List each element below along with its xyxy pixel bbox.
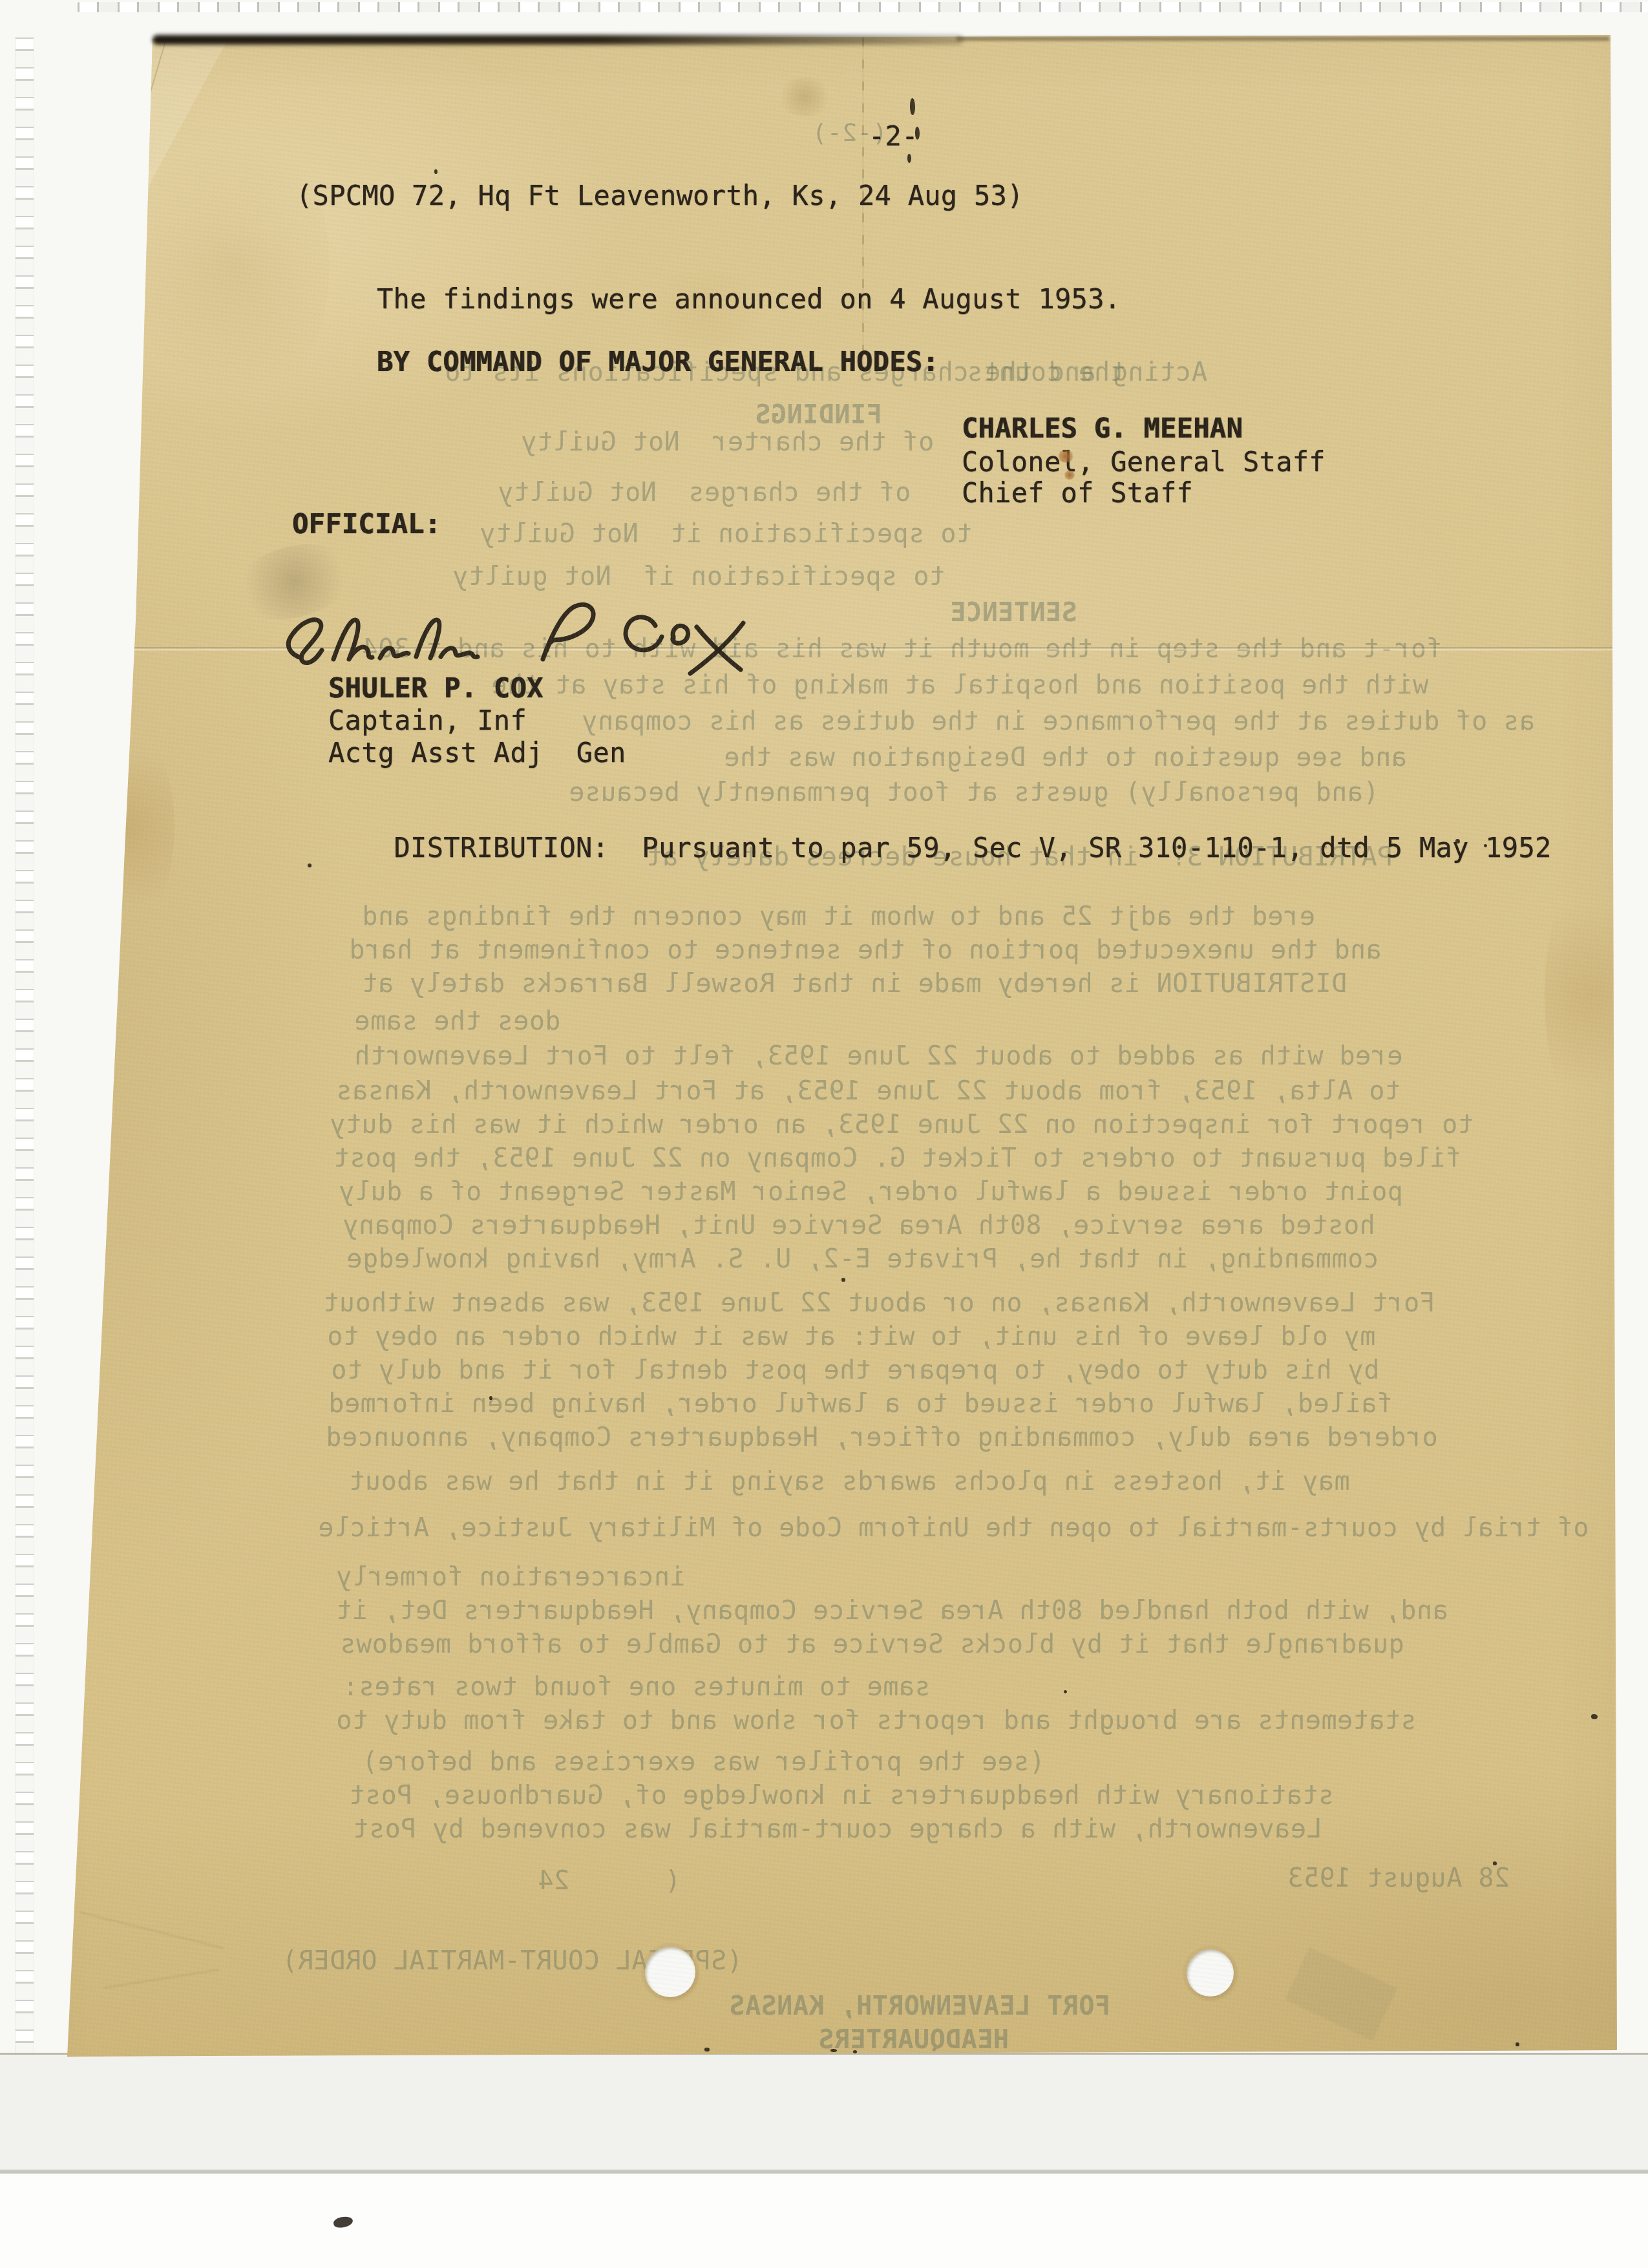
bleedthrough-line: to report for inspection on 22 June 1953… (330, 1112, 1474, 1138)
wrinkle (79, 1911, 224, 1949)
page-number: -2- (869, 123, 918, 150)
stain (136, 116, 330, 414)
sleeve-bottom-edge (0, 2053, 1648, 2268)
bleedthrough-line: hosted area service, 80th Area Service U… (343, 1213, 1375, 1238)
adjutant-title-2: Actg Asst Adj Gen (328, 739, 626, 767)
punch-hole-right (1187, 1949, 1234, 1997)
bleedthrough-line: stationary with headquarters in knowledg… (349, 1783, 1334, 1808)
bleedthrough-line: filed pursuant to orders to Ticket G. Co… (333, 1145, 1461, 1171)
ink-speck (910, 98, 915, 115)
adjutant-title-1: Captain, Inf (328, 707, 527, 734)
citation-line: (SPCMO 72, Hq Ft Leavenworth, Ks, 24 Aug… (296, 182, 1024, 209)
bleedthrough-line: of the charter Not Guilty (521, 429, 934, 455)
bleedthrough-line: SENTENCE (950, 600, 1077, 626)
wrinkle (104, 1969, 219, 1989)
stain (776, 78, 834, 116)
scanned-document-in-sleeve: (-2-)Acting and the charges and specific… (0, 0, 1648, 2268)
ink-speck (841, 1278, 845, 1282)
bleedthrough-line: of the charges Not Guilty (498, 480, 911, 505)
signer-title-2: Chief of Staff (962, 480, 1193, 507)
bleedthrough-line: FINDINGS (755, 402, 882, 428)
bleedthrough-line: quadrangle that it by blocks Service at … (340, 1631, 1404, 1657)
ink-speck (434, 169, 438, 174)
punch-hole-left (645, 1947, 695, 1997)
bleedthrough-line: ered with as added to about 22 June 1953… (354, 1043, 1402, 1069)
sleeve-top-seam (78, 2, 1648, 12)
ink-speck (830, 2049, 837, 2052)
ink-speck (489, 1396, 492, 1400)
dogear-fold (0, 0, 1648, 2268)
bleedthrough-line: the counts (967, 359, 1126, 385)
findings-line: The findings were announced on 4 August … (377, 286, 1121, 313)
bleedthrough-line: 28 August 1953 (1287, 1865, 1510, 1891)
ink-speck (853, 2050, 857, 2053)
bleedthrough-line: (and personally) guests at foot permanen… (569, 779, 1379, 805)
ink-speck (915, 127, 920, 140)
bleedthrough-line: and see question to the Designation was … (724, 745, 1407, 770)
bleedthrough-line: does the same (354, 1008, 561, 1034)
ink-speck (907, 154, 911, 163)
signer-name: CHARLES G. MEEHAN (962, 415, 1243, 442)
ink-speck (1484, 844, 1487, 847)
bleedthrough-line: (see the profiler was exercises and befo… (362, 1749, 1045, 1775)
ink-speck (1493, 1861, 1497, 1865)
ink-speck (308, 864, 312, 867)
paper-top-edge-shadow (153, 35, 964, 45)
distribution-text: Pursuant to par 59, Sec V, SR 310-110-1,… (609, 832, 1551, 864)
bleedthrough-line: my old leave of his unit, to wit: at was… (327, 1324, 1375, 1350)
bleedthrough-line: FORT LEAVENWORTH, KANSAS (729, 1993, 1110, 2019)
bleedthrough-line: of trial by courts-martial to open the U… (318, 1515, 1589, 1541)
rust-spot (1057, 450, 1074, 463)
bleedthrough-line: to specification it Not Guilty (480, 521, 972, 547)
bleedthrough-line: may it, hostess in plochs awards saying … (349, 1468, 1350, 1494)
official-label: OFFICIAL: (292, 511, 441, 538)
bleedthrough-line: to specification if Not guilty (452, 564, 945, 589)
document-page: (-2-)Acting and the charges and specific… (0, 0, 1648, 2268)
ink-speck (1516, 2042, 1519, 2046)
ink-speck (704, 2048, 710, 2051)
bleedthrough-line: DISTRIBUTION is hereby made in that Rosw… (362, 971, 1347, 997)
bleedthrough-line: and the unexecuted portion of the senten… (349, 937, 1382, 963)
bleedthrough-line: failed, lawful order issued to a lawful … (328, 1391, 1393, 1417)
bleedthrough-line: ( 24 (538, 1868, 681, 1894)
paper-top-edge-shadow (956, 37, 1609, 41)
bleedthrough-line: Fort Leavenworth, Kansas, on or about 22… (323, 1290, 1435, 1316)
ink-speck (1455, 839, 1460, 843)
bleedthrough-line: statements are brought and reports for s… (336, 1708, 1417, 1733)
bleedthrough-line: point order issued a lawful order, Senio… (339, 1179, 1403, 1205)
adjutant-name: SHULER P. COX (328, 675, 544, 702)
bleedthrough-line: commanding, in that he, Private E-2, U. … (346, 1246, 1379, 1272)
stain (78, 724, 174, 931)
command-line: BY COMMAND OF MAJOR GENERAL HODES: (377, 348, 939, 376)
distribution-line: DISTRIBUTION: Pursuant to par 59, Sec V,… (295, 807, 1552, 889)
bleedthrough-line: incarceration formerly (336, 1564, 686, 1590)
bleedthrough-line: ered the adjt 25 and to whom it may conc… (362, 904, 1315, 929)
bleedthrough-line: same to minutes one found twos rates: (343, 1674, 931, 1700)
bleedthrough-line: HEADQUARTERS (818, 2027, 1009, 2053)
bleedthrough-line: ordered area duly, commanding officer, H… (326, 1425, 1438, 1450)
bleedthrough-text-layer: (-2-)Acting and the charges and specific… (0, 0, 1648, 2268)
bleedthrough-line: as of duties at the performance in the d… (582, 708, 1535, 734)
ink-speck (1064, 1690, 1067, 1693)
ink-speck (1591, 1714, 1598, 1719)
bleedthrough-line: to Alta, 1953, from about 22 June 1953, … (336, 1078, 1400, 1104)
bleedthrough-line: and, with both handled 80th Area Service… (336, 1598, 1448, 1624)
pencil-scuff (1285, 1947, 1397, 2041)
signer-title-1: Colonel, General Staff (962, 449, 1326, 476)
stain (1545, 873, 1629, 1118)
sleeve-binding-strip-left (16, 37, 34, 2261)
bleedthrough-line: by his duty to obey, to prepare the post… (331, 1357, 1379, 1383)
rust-spot (1064, 471, 1075, 480)
distribution-label: DISTRIBUTION: (394, 832, 609, 864)
bleedthrough-line: Leavenworth, with a charge court-martial… (353, 1816, 1322, 1842)
dogear-crease (94, 41, 165, 282)
